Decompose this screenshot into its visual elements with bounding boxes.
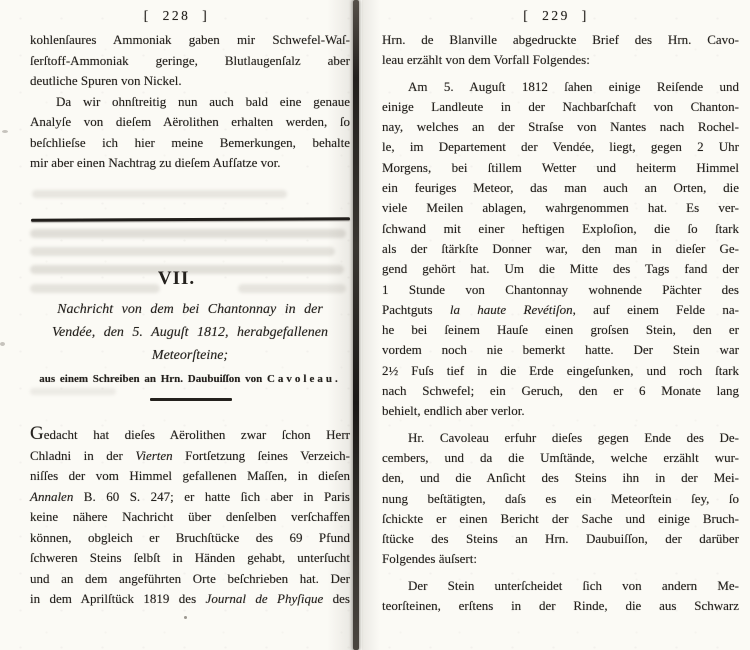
binding-gutter-line bbox=[353, 0, 359, 650]
text-line: Meteorſteine; bbox=[30, 344, 350, 367]
text-segment: ſerſtoff-Ammoniak geringe, Blutlaugenſal… bbox=[30, 53, 350, 68]
text-segment: und an dem angeführten Orte beſchrieben … bbox=[30, 571, 350, 586]
text-line: Morgens, bei ſtillem Wetter und heiterm … bbox=[382, 158, 739, 178]
text-line: Vendée, den 5. Auguſt 1812, herabgefalle… bbox=[30, 321, 350, 344]
text-segment: niſſes der vom Himmel gefallenen Maſſen,… bbox=[30, 468, 350, 483]
text-segment: behielt, endlich aber verlor. bbox=[382, 403, 525, 418]
text-line: Hr. Cavoleau erfuhr dieſes gegen Ende de… bbox=[382, 428, 739, 448]
text-segment: mir aber einen Nachtrag zu dieſem Aufſat… bbox=[30, 155, 281, 170]
text-line: Am 5. Auguſt 1812 ſahen einige Reiſende … bbox=[382, 77, 739, 97]
text-line: ſchwand mit einer heftigen Exploſion, di… bbox=[382, 219, 739, 239]
book-scan: [ 228 ] kohlenſaures Ammoniak gaben mir … bbox=[0, 0, 750, 650]
text-segment: den, und die Anſicht des Steins ihn in d… bbox=[382, 470, 739, 485]
text-line: Hrn. de Blanville abgedruckte Brief des … bbox=[382, 30, 739, 50]
text-segment: Hrn. de Blanville abgedruckte Brief des … bbox=[382, 32, 739, 47]
text-line: aus einem Schreiben an Hrn. Daubuiſſon v… bbox=[30, 372, 350, 386]
text-line: Gedacht hat dieſes Aërolithen zwar ſchon… bbox=[30, 424, 350, 446]
section-number: VII. bbox=[0, 268, 353, 290]
text-line: und an dem angeführten Orte beſchrieben … bbox=[30, 569, 350, 590]
text-segment: Vendée, den 5. Auguſt 1812, herabgefalle… bbox=[52, 325, 328, 340]
text-segment: B. 60 S. 247; er hatte ſich aber in Pari… bbox=[73, 489, 350, 504]
text-line: vordem noch nie bemerkt hatte. Der Stein… bbox=[382, 340, 739, 360]
text-segment: können, obgleich er Bruchſtücke des 69 P… bbox=[30, 530, 350, 545]
text-segment: keine nähere Nachricht über denſelben ve… bbox=[30, 509, 350, 524]
text-line: den, und die Anſicht des Steins ihn in d… bbox=[382, 468, 739, 488]
text-line: Pachtguts la haute Revétiſon, auf einem … bbox=[382, 300, 739, 320]
text-segment: nay, welches an der Straſse von Nantes n… bbox=[382, 119, 739, 134]
text-segment: ſchwand mit einer heftigen Exploſion, di… bbox=[382, 221, 739, 236]
text-segment: deutliche Spuren von Nickel. bbox=[30, 73, 182, 88]
text-line: kohlenſaures Ammoniak gaben mir Schwefel… bbox=[30, 30, 350, 51]
text-segment: ſtücke des Steins an Hrn. Daubuiſſon, de… bbox=[382, 531, 739, 546]
text-segment: cembers, und da die Umſtände, welche erz… bbox=[382, 450, 739, 465]
text-segment: kohlenſaures Ammoniak gaben mir Schwefel… bbox=[30, 32, 350, 47]
text-segment: 1 Stunde von Chantonnay wohnende Pächter… bbox=[382, 282, 739, 297]
text-line: in dem Aprilſtück 1819 des Journal de Ph… bbox=[30, 589, 350, 610]
left-body-paragraphs: Gedacht hat dieſes Aërolithen zwar ſchon… bbox=[30, 424, 350, 610]
left-page: [ 228 ] kohlenſaures Ammoniak gaben mir … bbox=[0, 0, 353, 650]
section-title: Nachricht von dem bei Chantonnay in derV… bbox=[30, 298, 350, 367]
title-separator-rule bbox=[150, 398, 232, 401]
bleedthrough-smudge bbox=[30, 247, 335, 256]
text-segment: vordem noch nie bemerkt hatte. Der Stein… bbox=[382, 342, 739, 357]
text-line: Analyſe von dieſem Aërolithen erhalten w… bbox=[30, 112, 350, 133]
text-line: ein feuriges Meteor, das man auch an Ort… bbox=[382, 178, 739, 198]
text-segment: nung beſtätigten, daſs es ein Meteorſtei… bbox=[382, 491, 739, 506]
text-line: einige Landleute in der Nachbarſchaft vo… bbox=[382, 97, 739, 117]
bleedthrough-smudge bbox=[30, 388, 116, 395]
page-number-left: [ 228 ] bbox=[0, 8, 353, 24]
text-segment: Nachricht von dem bei Chantonnay in der bbox=[57, 302, 323, 317]
right-paragraphs: Hrn. de Blanville abgedruckte Brief des … bbox=[382, 30, 739, 616]
text-segment: Cavoleau. bbox=[267, 373, 341, 385]
text-line: Nachricht von dem bei Chantonnay in der bbox=[30, 298, 350, 321]
text-line: deutliche Spuren von Nickel. bbox=[30, 71, 350, 92]
text-line: können, obgleich er Bruchſtücke des 69 P… bbox=[30, 528, 350, 549]
text-segment: Am 5. Auguſt 1812 ſahen einige Reiſende … bbox=[408, 79, 739, 94]
text-segment: als der ſtärkſte Donner war, den man in … bbox=[382, 241, 739, 256]
text-segment: Der Stein unterſcheidet ſich von andern … bbox=[408, 578, 739, 593]
text-line: nung beſtätigten, daſs es ein Meteorſtei… bbox=[382, 489, 739, 509]
text-segment: ein feuriges Meteor, das man auch an Ort… bbox=[382, 180, 739, 195]
ink-speck bbox=[0, 342, 5, 346]
text-segment: Meteorſteine; bbox=[152, 348, 228, 363]
paragraph: Am 5. Auguſt 1812 ſahen einige Reiſende … bbox=[382, 77, 739, 422]
text-line: leau erzählt von dem Vorfall Folgendes: bbox=[382, 50, 739, 70]
text-segment: leau erzählt von dem Vorfall Folgendes: bbox=[382, 52, 590, 67]
paragraph: Hr. Cavoleau erfuhr dieſes gegen Ende de… bbox=[382, 428, 739, 570]
text-segment: beſchlieſse ich hier meine Bemerkungen, … bbox=[30, 135, 350, 150]
text-line: nach Schwefel; ein Geruch, den er 6 Mona… bbox=[382, 381, 739, 401]
text-line: ſtücke des Steins an Hrn. Daubuiſſon, de… bbox=[382, 529, 739, 549]
bleedthrough-smudge bbox=[32, 190, 287, 198]
text-segment: Vierten bbox=[135, 448, 172, 463]
text-line: Annalen B. 60 S. 247; er hatte ſich aber… bbox=[30, 487, 350, 508]
text-segment: Chladni in der bbox=[30, 448, 135, 463]
text-line: Chladni in der Vierten Fortſetzung ſeine… bbox=[30, 446, 350, 467]
text-segment: le, im Departement der Vendée, liegt, ge… bbox=[382, 139, 739, 154]
text-line: Da wir ohnſtreitig nun auch bald eine ge… bbox=[30, 92, 350, 113]
initial-capital: G bbox=[30, 423, 44, 444]
section-divider-rule bbox=[31, 217, 350, 221]
text-line: nay, welches an der Straſse von Nantes n… bbox=[382, 117, 739, 137]
text-segment: ſchickte er einen Bericht der Sache und … bbox=[382, 511, 739, 526]
text-line: 2½ Fuſs tief in die Erde eingeſunken, un… bbox=[382, 361, 739, 381]
text-segment: Hr. Cavoleau erfuhr dieſes gegen Ende de… bbox=[408, 430, 739, 445]
text-segment: viele Meilen ablagen, wahrgenommen hat. … bbox=[382, 200, 739, 215]
text-segment: in dem Aprilſtück 1819 des bbox=[30, 591, 206, 606]
text-line: beſchlieſse ich hier meine Bemerkungen, … bbox=[30, 133, 350, 154]
text-line: ſerſtoff-Ammoniak geringe, Blutlaugenſal… bbox=[30, 51, 350, 72]
text-line: he bei ſeinem Hauſe einen groſsen Stein,… bbox=[382, 320, 739, 340]
text-line: 1 Stunde von Chantonnay wohnende Pächter… bbox=[382, 280, 739, 300]
text-segment: la haute Revétiſon bbox=[450, 302, 573, 317]
text-segment: Journal de Phyſique bbox=[206, 591, 324, 606]
text-segment: Analyſe von dieſem Aërolithen erhalten w… bbox=[30, 114, 350, 129]
ink-speck bbox=[184, 616, 187, 619]
text-line: ſchickte er einen Bericht der Sache und … bbox=[382, 509, 739, 529]
text-line: ſchweren Steins ſelbſt in Händen gehabt,… bbox=[30, 548, 350, 569]
section-byline: aus einem Schreiben an Hrn. Daubuiſſon v… bbox=[30, 372, 350, 386]
text-segment: , auf einem Felde na- bbox=[573, 302, 739, 317]
text-line: mir aber einen Nachtrag zu dieſem Aufſat… bbox=[30, 153, 350, 174]
text-segment: Pachtguts bbox=[382, 302, 450, 317]
text-segment: einige Landleute in der Nachbarſchaft vo… bbox=[382, 99, 739, 114]
text-line: Der Stein unterſcheidet ſich von andern … bbox=[382, 576, 739, 596]
paragraph: Der Stein unterſcheidet ſich von andern … bbox=[382, 576, 739, 617]
text-line: Folgendes äuſsert: bbox=[382, 549, 739, 569]
text-segment: edacht hat dieſes Aërolithen zwar ſchon … bbox=[44, 427, 350, 442]
text-segment: des bbox=[323, 591, 350, 606]
text-line: behielt, endlich aber verlor. bbox=[382, 401, 739, 421]
text-segment: 2½ Fuſs tief in die Erde eingeſunken, un… bbox=[382, 363, 739, 378]
text-segment: Da wir ohnſtreitig nun auch bald eine ge… bbox=[56, 94, 350, 109]
text-segment: nach Schwefel; ein Geruch, den er 6 Mona… bbox=[382, 383, 739, 398]
text-segment: Annalen bbox=[30, 489, 73, 504]
paragraph: Da wir ohnſtreitig nun auch bald eine ge… bbox=[30, 92, 350, 174]
bleedthrough-smudge bbox=[30, 229, 346, 238]
right-page: [ 229 ] Hrn. de Blanville abgedruckte Br… bbox=[362, 0, 750, 650]
text-line: gend gehört hat. Um die Mitte des Tags f… bbox=[382, 259, 739, 279]
ink-speck bbox=[2, 130, 8, 133]
paragraph: Hrn. de Blanville abgedruckte Brief des … bbox=[382, 30, 739, 71]
text-line: als der ſtärkſte Donner war, den man in … bbox=[382, 239, 739, 259]
text-segment: teorſteinen, erſtens in der Rinde, die a… bbox=[382, 598, 739, 613]
paragraph: Gedacht hat dieſes Aërolithen zwar ſchon… bbox=[30, 424, 350, 610]
text-line: niſſes der vom Himmel gefallenen Maſſen,… bbox=[30, 466, 350, 487]
text-line: le, im Departement der Vendée, liegt, ge… bbox=[382, 137, 739, 157]
text-segment: Morgens, bei ſtillem Wetter und heiterm … bbox=[382, 160, 739, 175]
text-segment: gend gehört hat. Um die Mitte des Tags f… bbox=[382, 261, 739, 276]
text-segment: ſchweren Steins ſelbſt in Händen gehabt,… bbox=[30, 550, 350, 565]
left-top-paragraphs: kohlenſaures Ammoniak gaben mir Schwefel… bbox=[30, 30, 350, 174]
page-number-right: [ 229 ] bbox=[362, 8, 750, 24]
text-segment: Folgendes äuſsert: bbox=[382, 551, 477, 566]
text-segment: aus einem Schreiben an Hrn. Daubuiſſon v… bbox=[39, 373, 267, 385]
paragraph: kohlenſaures Ammoniak gaben mir Schwefel… bbox=[30, 30, 350, 92]
text-line: viele Meilen ablagen, wahrgenommen hat. … bbox=[382, 198, 739, 218]
text-line: teorſteinen, erſtens in der Rinde, die a… bbox=[382, 596, 739, 616]
text-line: keine nähere Nachricht über denſelben ve… bbox=[30, 507, 350, 528]
text-line: cembers, und da die Umſtände, welche erz… bbox=[382, 448, 739, 468]
text-segment: he bei ſeinem Hauſe einen groſsen Stein,… bbox=[382, 322, 739, 337]
text-segment: Fortſetzung ſeines Verzeich- bbox=[173, 448, 350, 463]
